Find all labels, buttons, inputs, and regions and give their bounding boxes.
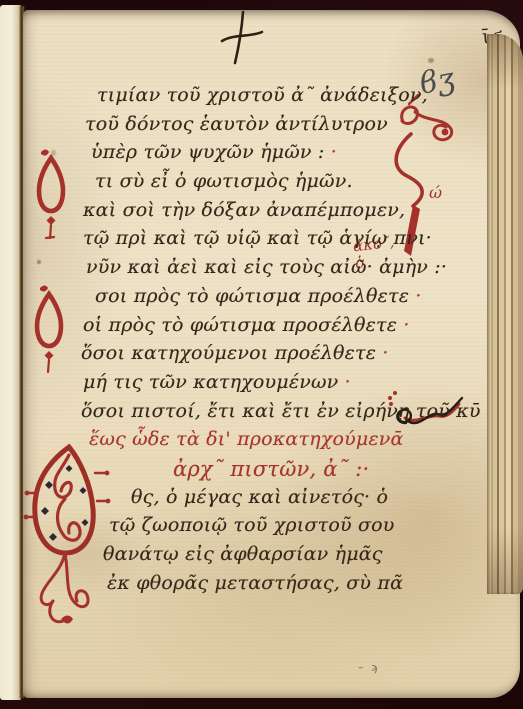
line-text: τι σὺ εἶ ὁ φωτισμὸς ἡμῶν. xyxy=(95,170,353,192)
line-text: καὶ σοὶ τὴν δόξαν ἀναπέμπομεν, xyxy=(83,199,405,221)
text-line: καὶ σοὶ τὴν δόξαν ἀναπέμπομεν, xyxy=(83,199,441,228)
fore-edge-pages xyxy=(487,34,523,594)
line-text: σοι πρὸς τὸ φώτισμα προέλθετε xyxy=(95,285,409,307)
line-end-mark: · xyxy=(325,141,337,163)
line-text: ὑπὲρ τῶν ψυχῶν ἡμῶν : xyxy=(91,141,325,163)
line-text: μή τις τῶν κατηχουμένων xyxy=(83,371,338,393)
line-end-mark: · xyxy=(409,285,421,307)
cross-mark xyxy=(215,8,267,66)
text-line: ἀρχ῀ πιστῶν, ἀ῀ :· xyxy=(173,457,441,486)
stain-spot xyxy=(37,260,41,264)
text-line: θς, ὁ μέγας καὶ αἰνετός· ὁ xyxy=(131,486,441,515)
manuscript-photo: ῑϛ ϐʒ ώ ἄκο῀, ὁ xyxy=(0,0,523,709)
line-text: θανάτῳ εἰς ἀφθαρσίαν ἡμᾶς xyxy=(103,543,383,565)
line-text: ἐκ φθορᾶς μεταστήσας, σὺ πᾶ xyxy=(107,572,403,594)
line-end-mark: · xyxy=(397,314,409,336)
text-line: ὑπὲρ τῶν ψυχῶν ἡμῶν : · xyxy=(91,141,441,170)
text-line: σοι πρὸς τὸ φώτισμα προέλθετε · xyxy=(95,285,441,314)
stain-spot xyxy=(428,58,434,63)
text-line: τῷ πρὶ καὶ τῷ υἱῷ καὶ τῷ ἁγίῳ πνι· xyxy=(83,227,441,256)
manuscript-page: ῑϛ ϐʒ ώ ἄκο῀, ὁ xyxy=(23,10,520,698)
line-text: τῷ ζωοποιῷ τοῦ χριστοῦ σου xyxy=(109,514,395,536)
text-line: τιμίαν τοῦ χριστοῦ ἀ῀ ἀνάδειξον, xyxy=(97,84,441,113)
text-line: ὅσοι πιστοί, ἔτι καὶ ἔτι ἐν εἰρήνῃ τοῦ κ… xyxy=(81,400,441,429)
line-text: νῦν καὶ ἀεὶ καὶ εἰς τοὺς αἰῶ· ἀμὴν :· xyxy=(86,256,447,278)
text-line: τῷ ζωοποιῷ τοῦ χριστοῦ σου xyxy=(109,514,441,543)
text-block: τιμίαν τοῦ χριστοῦ ἀ῀ ἀνάδειξον,τοῦ δόντ… xyxy=(81,84,441,600)
text-line: μή τις τῶν κατηχουμένων · xyxy=(83,371,441,400)
line-text: οἱ πρὸς τὸ φώτισμα προσέλθετε xyxy=(83,314,397,336)
text-line: ὅσοι κατηχούμενοι προέλθετε · xyxy=(81,342,441,371)
text-line: νῦν καὶ ἀεὶ καὶ εἰς τοὺς αἰῶ· ἀμὴν :· xyxy=(86,256,441,285)
line-text: θς, ὁ μέγας καὶ αἰνετός· ὁ xyxy=(131,486,388,508)
text-line: τι σὺ εἶ ὁ φωτισμὸς ἡμῶν. xyxy=(95,170,441,199)
text-line: θανάτῳ εἰς ἀφθαρσίαν ἡμᾶς xyxy=(103,543,441,572)
teardrop-initial-2 xyxy=(31,282,67,378)
teardrop-initial-1 xyxy=(33,146,69,244)
facing-page-edge xyxy=(0,5,21,700)
text-line: ἕως ὧδε τὰ δι' προκατηχούμενᾱ xyxy=(89,428,441,457)
text-line: οἱ πρὸς τὸ φώτισμα προσέλθετε · xyxy=(83,314,441,343)
line-text: ὅσοι πιστοί, ἔτι καὶ ἔτι ἐν εἰρήνῃ τοῦ κ… xyxy=(81,400,523,422)
line-text: τιμίαν τοῦ χριστοῦ ἀ῀ ἀνάδειξον, xyxy=(97,84,428,106)
line-end-mark: · xyxy=(376,342,388,364)
text-line: ἐκ φθορᾶς μεταστήσας, σὺ πᾶ xyxy=(107,572,441,601)
line-end-mark: · xyxy=(338,371,350,393)
line-text: τῷ πρὶ καὶ τῷ υἱῷ καὶ τῷ ἁγίῳ πνι· xyxy=(83,227,432,249)
line-text: ὅσοι κατηχούμενοι προέλθετε xyxy=(81,342,376,364)
text-line: τοῦ δόντος ἑαυτὸν ἀντίλυτρον xyxy=(85,113,441,142)
catchword: – ϡ xyxy=(358,661,379,674)
line-text: τοῦ δόντος ἑαυτὸν ἀντίλυτρον xyxy=(85,113,388,135)
line-text: ἀρχ῀ πιστῶν, ἀ῀ :· xyxy=(173,457,369,481)
line-text: ἕως ὧδε τὰ δι' προκατηχούμενᾱ xyxy=(89,428,404,450)
